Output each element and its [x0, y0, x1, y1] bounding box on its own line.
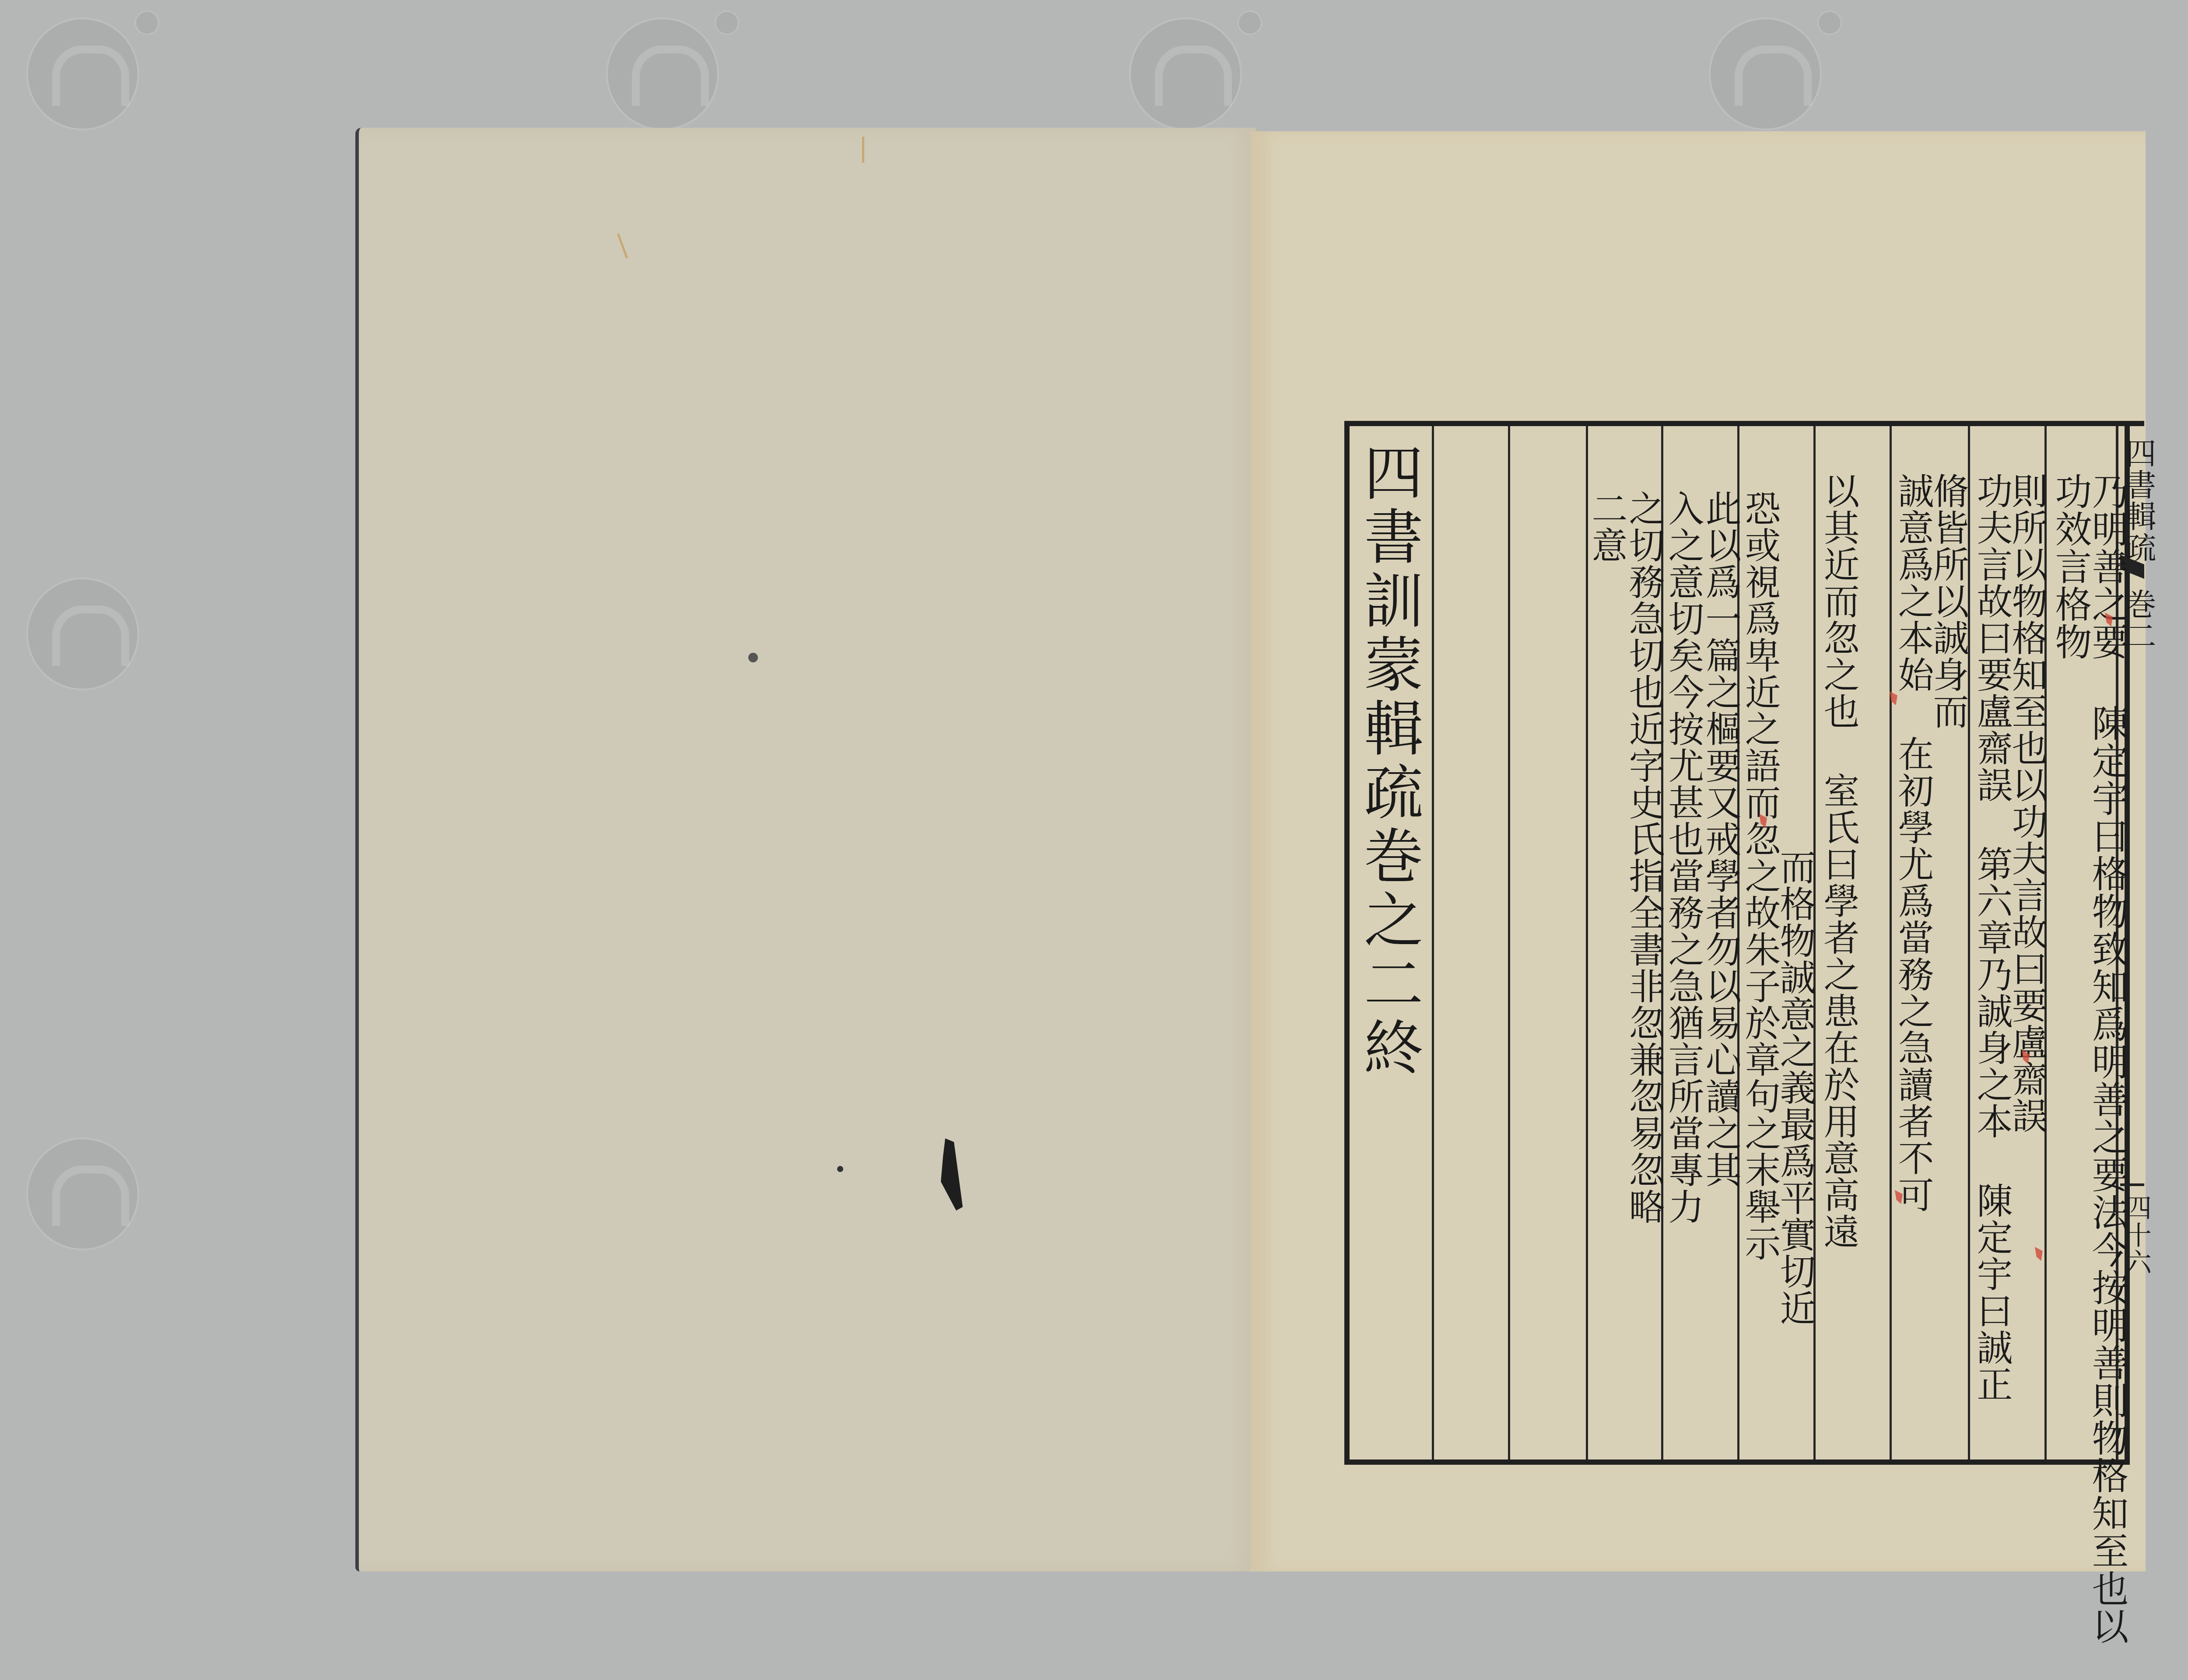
watermark-dot	[1238, 10, 1262, 35]
watermark-logo	[1129, 17, 1242, 130]
text-column-3: 功夫言故曰要盧齋誤 第六章乃誠身之本 陳定宇曰誠正	[1974, 472, 2009, 1403]
text-column-4: 脩皆所以誠身而	[1930, 472, 1966, 730]
text-column-5: 誠意爲之本始 在初學尤爲當務之急讀者不可	[1895, 472, 1931, 1213]
watermark-dot	[1817, 10, 1842, 35]
text-column-9: 此以爲一篇之樞要又戒學者勿以易心讀之其	[1702, 490, 1738, 1188]
text-column-7: 而格物誠意之義最爲平實切近	[1777, 849, 1813, 1326]
column-rule	[1508, 426, 1510, 1459]
text-column-6: 以其近而忽之也 室氏曰學者之患在於用意高遠	[1820, 472, 1856, 1250]
text-column-8: 恐或視爲卑近之語而忽之故朱子於章句之末舉示	[1742, 490, 1778, 1262]
ink-stain	[941, 1138, 963, 1211]
text-column-11: 之切務急切也近字史氏指全書非忽兼忽易忽略	[1626, 490, 1662, 1225]
watermark-logo	[26, 17, 139, 130]
text-column-12: 二意	[1588, 490, 1624, 563]
watermark-dot	[715, 10, 739, 35]
text-column-10: 入之意切矣今按尤甚也當務之急猶言所當專力	[1665, 490, 1701, 1225]
watermark-logo	[606, 17, 719, 130]
text-column-2: 則所以物格知至也以功夫言故曰要盧齋誤	[2009, 472, 2044, 1134]
column-rule	[1586, 426, 1588, 1459]
colophon-title: 四書訓蒙輯疏巻之二終	[1357, 442, 1419, 1081]
paper-fiber	[862, 136, 864, 163]
watermark-logo	[26, 1137, 139, 1250]
watermark-logo	[26, 577, 139, 690]
column-rule	[1890, 426, 1892, 1459]
column-rule	[1432, 426, 1434, 1459]
paper-fiber	[617, 233, 628, 259]
hanshin-top-border	[2118, 421, 2144, 426]
ink-spot	[837, 1166, 843, 1172]
watermark-logo	[1709, 17, 1822, 130]
ink-spot	[748, 653, 758, 662]
text-column-1: 乃明善之要 陳定宇曰格物致知爲明善之要法今按明善則物格知至也以功效言格物	[2052, 472, 2126, 1680]
watermark-dot	[135, 10, 159, 35]
left-page-endpaper	[355, 128, 1256, 1571]
